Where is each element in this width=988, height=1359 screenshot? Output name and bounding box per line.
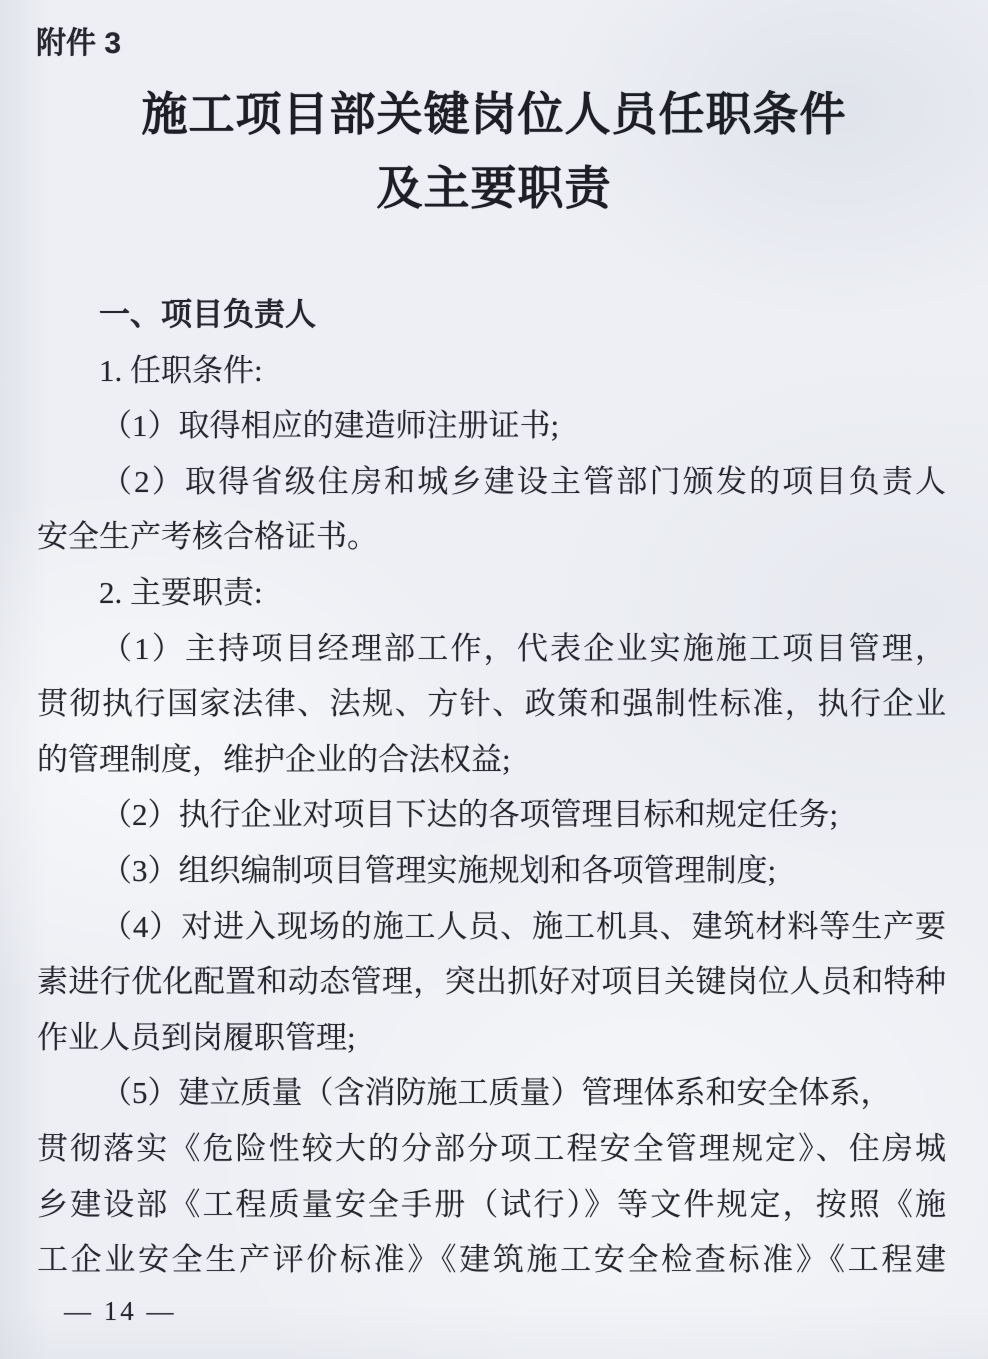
attachment-label: 附件 3 — [36, 18, 121, 62]
body-line: 2. 主要职责: — [37, 565, 946, 621]
body-line: 工企业安全生产评价标准》《建筑施工安全检查标准》《工程建 — [37, 1232, 946, 1288]
body-line: （2）执行企业对项目下达的各项管理目标和规定任务; — [37, 787, 946, 843]
title-line-2: 及主要职责 — [0, 152, 988, 226]
body-line: （2）取得省级住房和城乡建设主管部门颁发的项目负责人 — [37, 454, 946, 510]
body-line: （4）对进入现场的施工人员、施工机具、建筑材料等生产要 — [37, 899, 946, 955]
body-line: 的管理制度，维护企业的合法权益; — [37, 732, 946, 788]
body-line: 素进行优化配置和动态管理，突出抓好对项目关键岗位人员和特种 — [37, 954, 946, 1010]
body-line: （5）建立质量（含消防施工质量）管理体系和安全体系， — [37, 1065, 946, 1121]
scanned-document-page: { "page": { "attachment_label": "附件 3", … — [0, 0, 988, 1359]
body-line: 安全生产考核合格证书。 — [37, 509, 946, 565]
body-line: 1. 任职条件: — [37, 343, 946, 399]
title-line-1: 施工项目部关键岗位人员任职条件 — [0, 78, 988, 152]
section-heading: 一、项目负责人 — [37, 287, 946, 343]
page-number: — 14 — — [64, 1296, 177, 1327]
document-title: 施工项目部关键岗位人员任职条件 及主要职责 — [0, 78, 988, 226]
body-line: 乡建设部《工程质量安全手册（试行）》等文件规定，按照《施 — [37, 1177, 946, 1233]
body-line: （1）取得相应的建造师注册证书; — [37, 398, 946, 454]
body-line: 作业人员到岗履职管理; — [37, 1010, 946, 1066]
body-line: （1）主持项目经理部工作，代表企业实施施工项目管理， — [37, 621, 946, 677]
body-line: 贯彻执行国家法律、法规、方针、政策和强制性标准，执行企业 — [37, 676, 946, 732]
body-line: （3）组织编制项目管理实施规划和各项管理制度; — [37, 843, 946, 899]
body-line: 贯彻落实《危险性较大的分部分项工程安全管理规定》、住房城 — [37, 1121, 946, 1177]
document-body: 一、项目负责人 1. 任职条件: （1）取得相应的建造师注册证书; （2）取得省… — [37, 287, 946, 1288]
